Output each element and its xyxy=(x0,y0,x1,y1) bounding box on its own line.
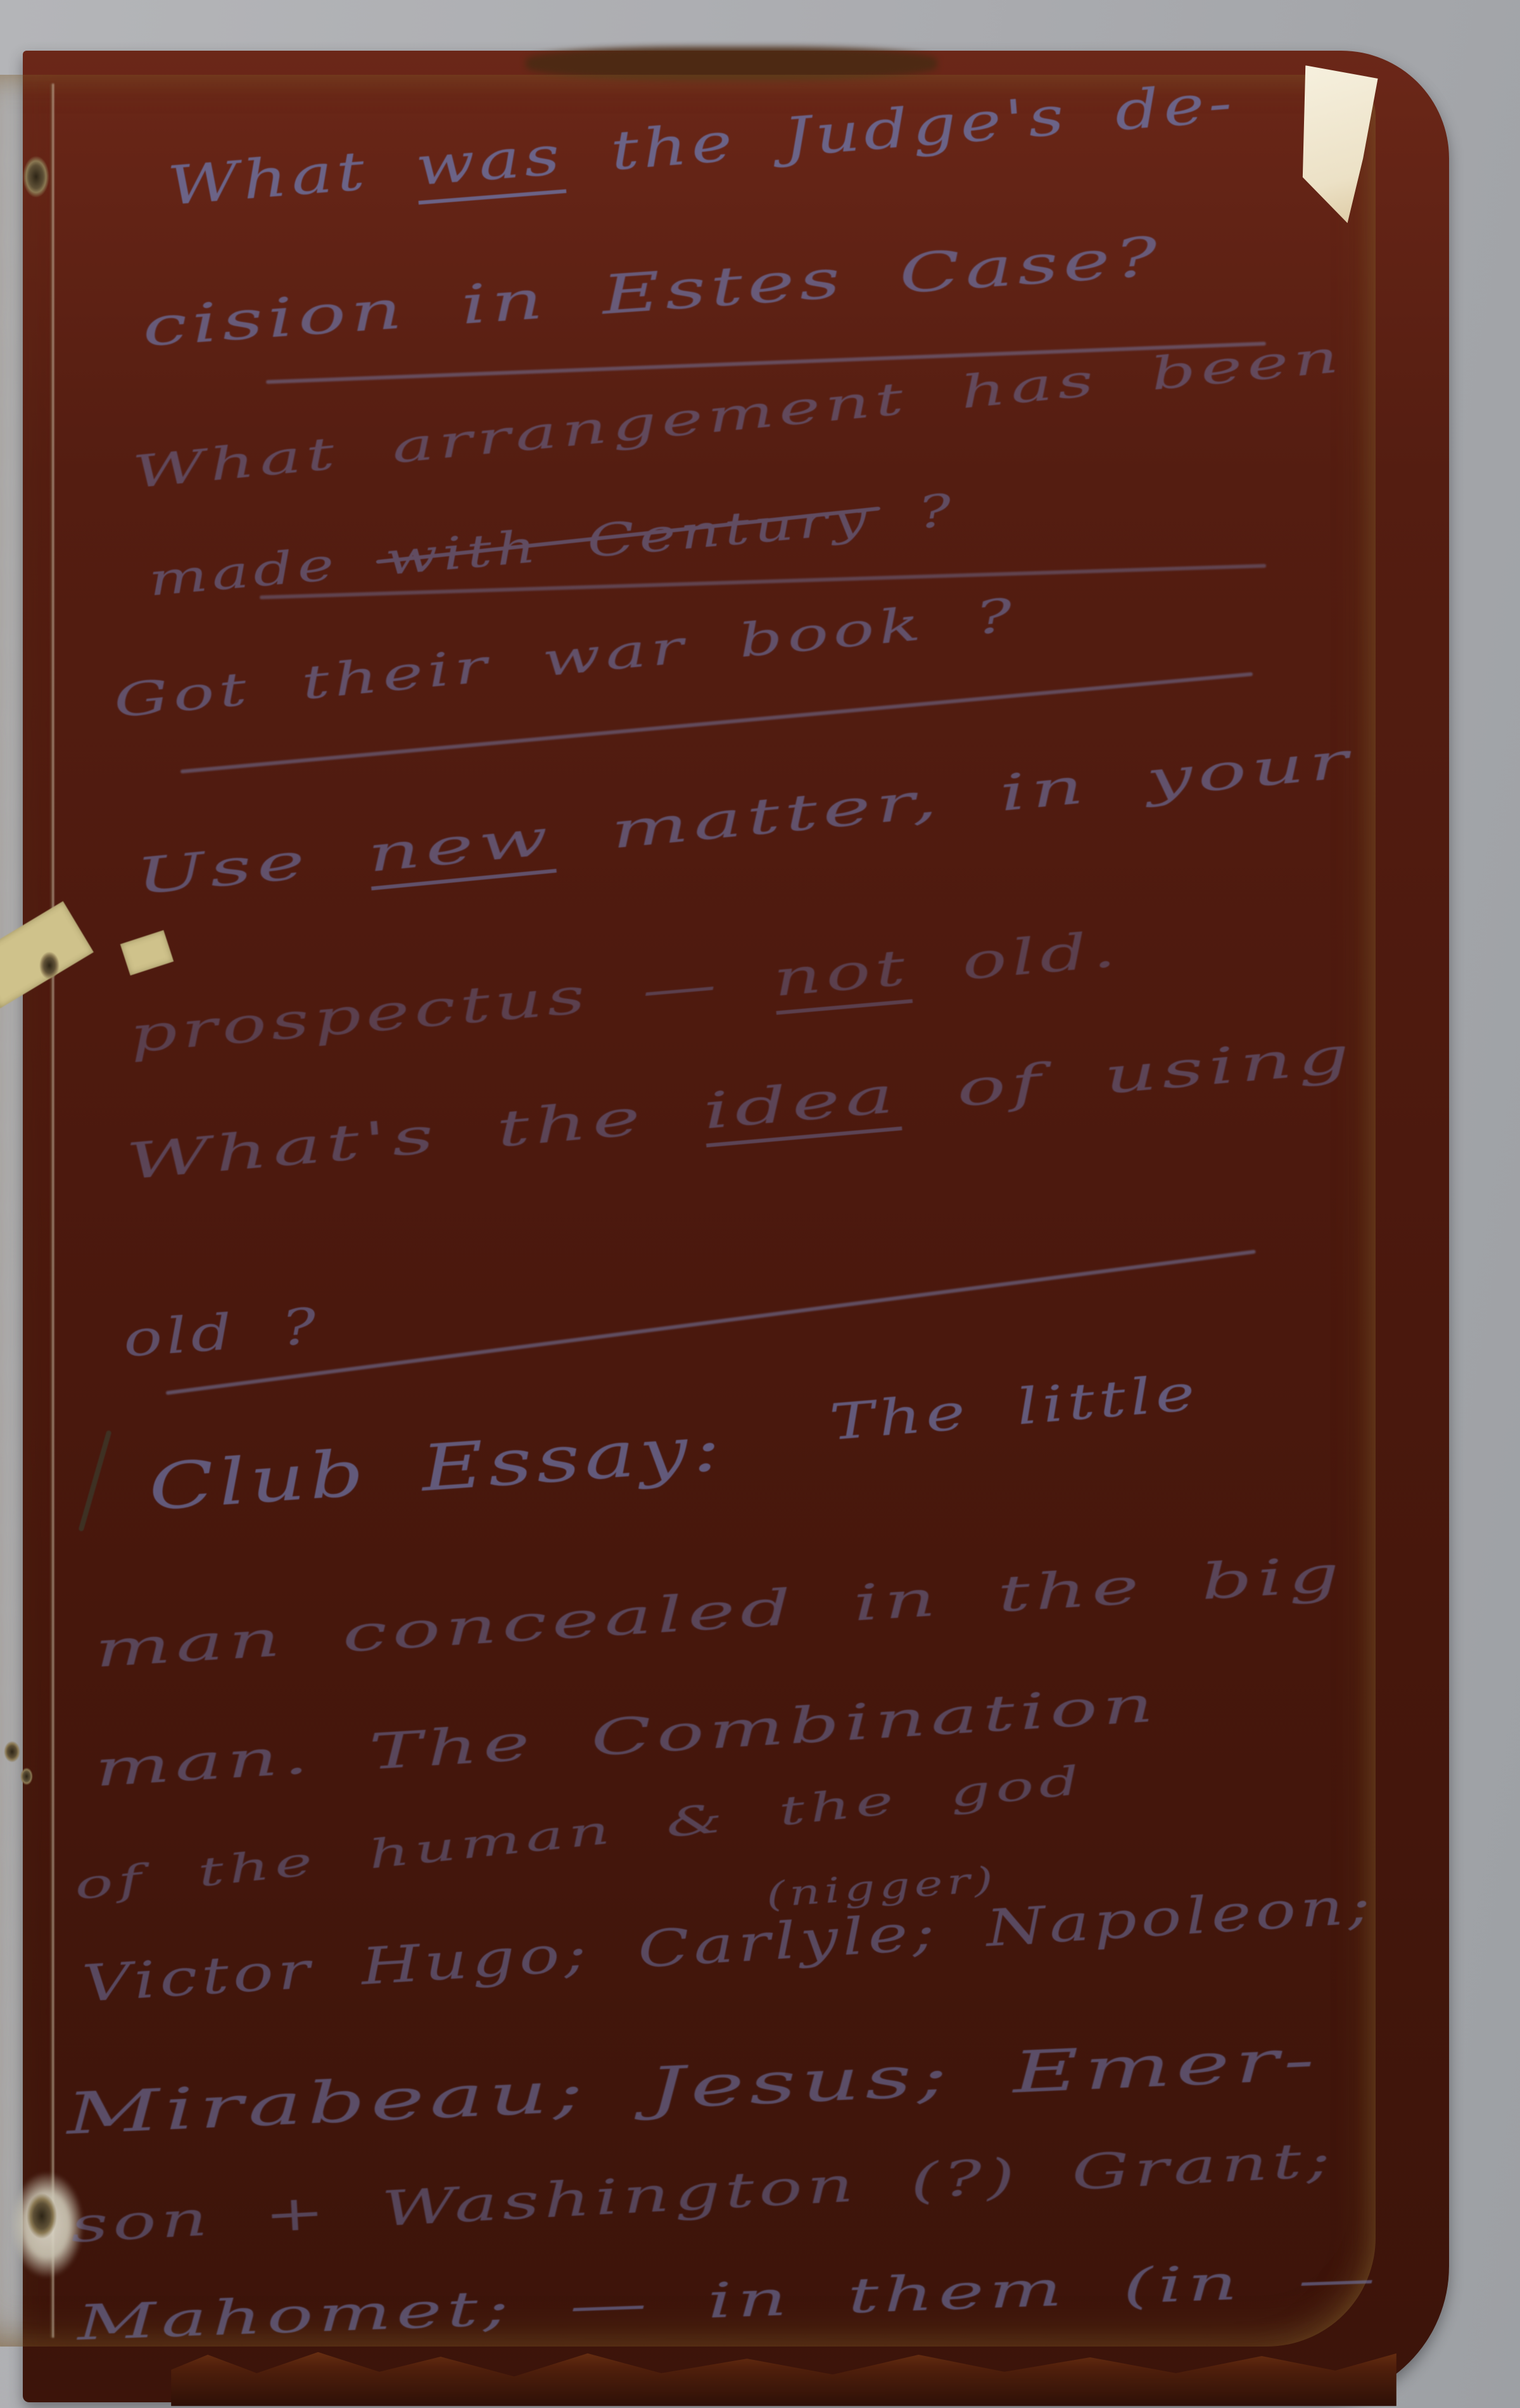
handwriting-line-n2: Mirabeau; Jesus; Emer- xyxy=(65,2027,1321,2148)
handwriting-segment: What xyxy=(165,136,418,217)
handwriting-line-q3a: Got their war book ? xyxy=(111,588,1020,728)
handwriting-segment: was xyxy=(414,124,567,205)
handwriting-line-u2: prospectus — not old. xyxy=(127,921,1122,1064)
handwriting-line-q2a: What arrangement has been xyxy=(130,330,1346,499)
handwriting-layer: What was the Judge's de-cision in Estes … xyxy=(0,0,1520,2408)
handwriting-segment: old. xyxy=(907,921,1122,996)
handwriting-segment: made xyxy=(146,534,387,606)
handwriting-line-q2b: made with Century ? xyxy=(146,484,958,606)
handwriting-segment: Mahomet; — in them (in — xyxy=(76,2249,1381,2351)
handwriting-segment: son + Washington (?) Grant; xyxy=(70,2131,1337,2253)
handwriting-segment: of using xyxy=(896,1027,1357,1124)
handwriting-segment: not xyxy=(771,939,912,1014)
handwriting-segment: Victor Hugo; Carlyle; Napoleon; xyxy=(80,1875,1376,2013)
handwriting-segment: the Judge's de- xyxy=(561,71,1238,186)
handwriting-segment: The little xyxy=(827,1364,1201,1451)
handwriting-segment: ? xyxy=(869,484,958,543)
handwriting-line-q1a: What was the Judge's de- xyxy=(165,71,1238,217)
handwriting-line-n4: Mahomet; — in them (in — xyxy=(76,2249,1381,2351)
handwriting-segment: Got their war book ? xyxy=(111,588,1020,728)
handwriting-segment: What arrangement has been xyxy=(130,330,1346,499)
handwriting-line-n3: son + Washington (?) Grant; xyxy=(70,2131,1337,2253)
handwriting-line-e1: man concealed in the big xyxy=(93,1545,1346,1678)
handwriting-segment: new xyxy=(365,809,556,891)
handwriting-segment: prospectus — xyxy=(127,951,776,1064)
handwriting-line-u3: What's the idea of using xyxy=(124,1027,1357,1191)
photo-backdrop: What was the Judge's de-cision in Estes … xyxy=(0,0,1520,2408)
handwriting-segment: Mirabeau; Jesus; Emer- xyxy=(65,2027,1321,2148)
handwriting-segment: Use xyxy=(134,827,370,906)
handwriting-segment: cision in Estes Case? xyxy=(141,226,1165,359)
handwriting-line-ca: Club Essay:The little xyxy=(146,1377,1203,1525)
handwriting-segment: idea xyxy=(701,1067,902,1148)
handwriting-segment: with Century xyxy=(383,491,873,585)
handwriting-line-q1b: cision in Estes Case? xyxy=(141,226,1165,359)
handwriting-segment: What's the xyxy=(124,1083,706,1190)
handwriting-segment: old ? xyxy=(122,1297,322,1368)
handwriting-line-n1: Victor Hugo; Carlyle; Napoleon; xyxy=(80,1875,1376,2013)
handwriting-segment: man concealed in the big xyxy=(93,1545,1346,1678)
handwriting-line-u4: old ? xyxy=(122,1297,322,1368)
handwriting-segment: Club Essay: xyxy=(146,1411,727,1525)
handwriting-segment: matter, in your xyxy=(550,732,1356,865)
handwriting-line-u1: Use new matter, in your xyxy=(134,732,1356,906)
